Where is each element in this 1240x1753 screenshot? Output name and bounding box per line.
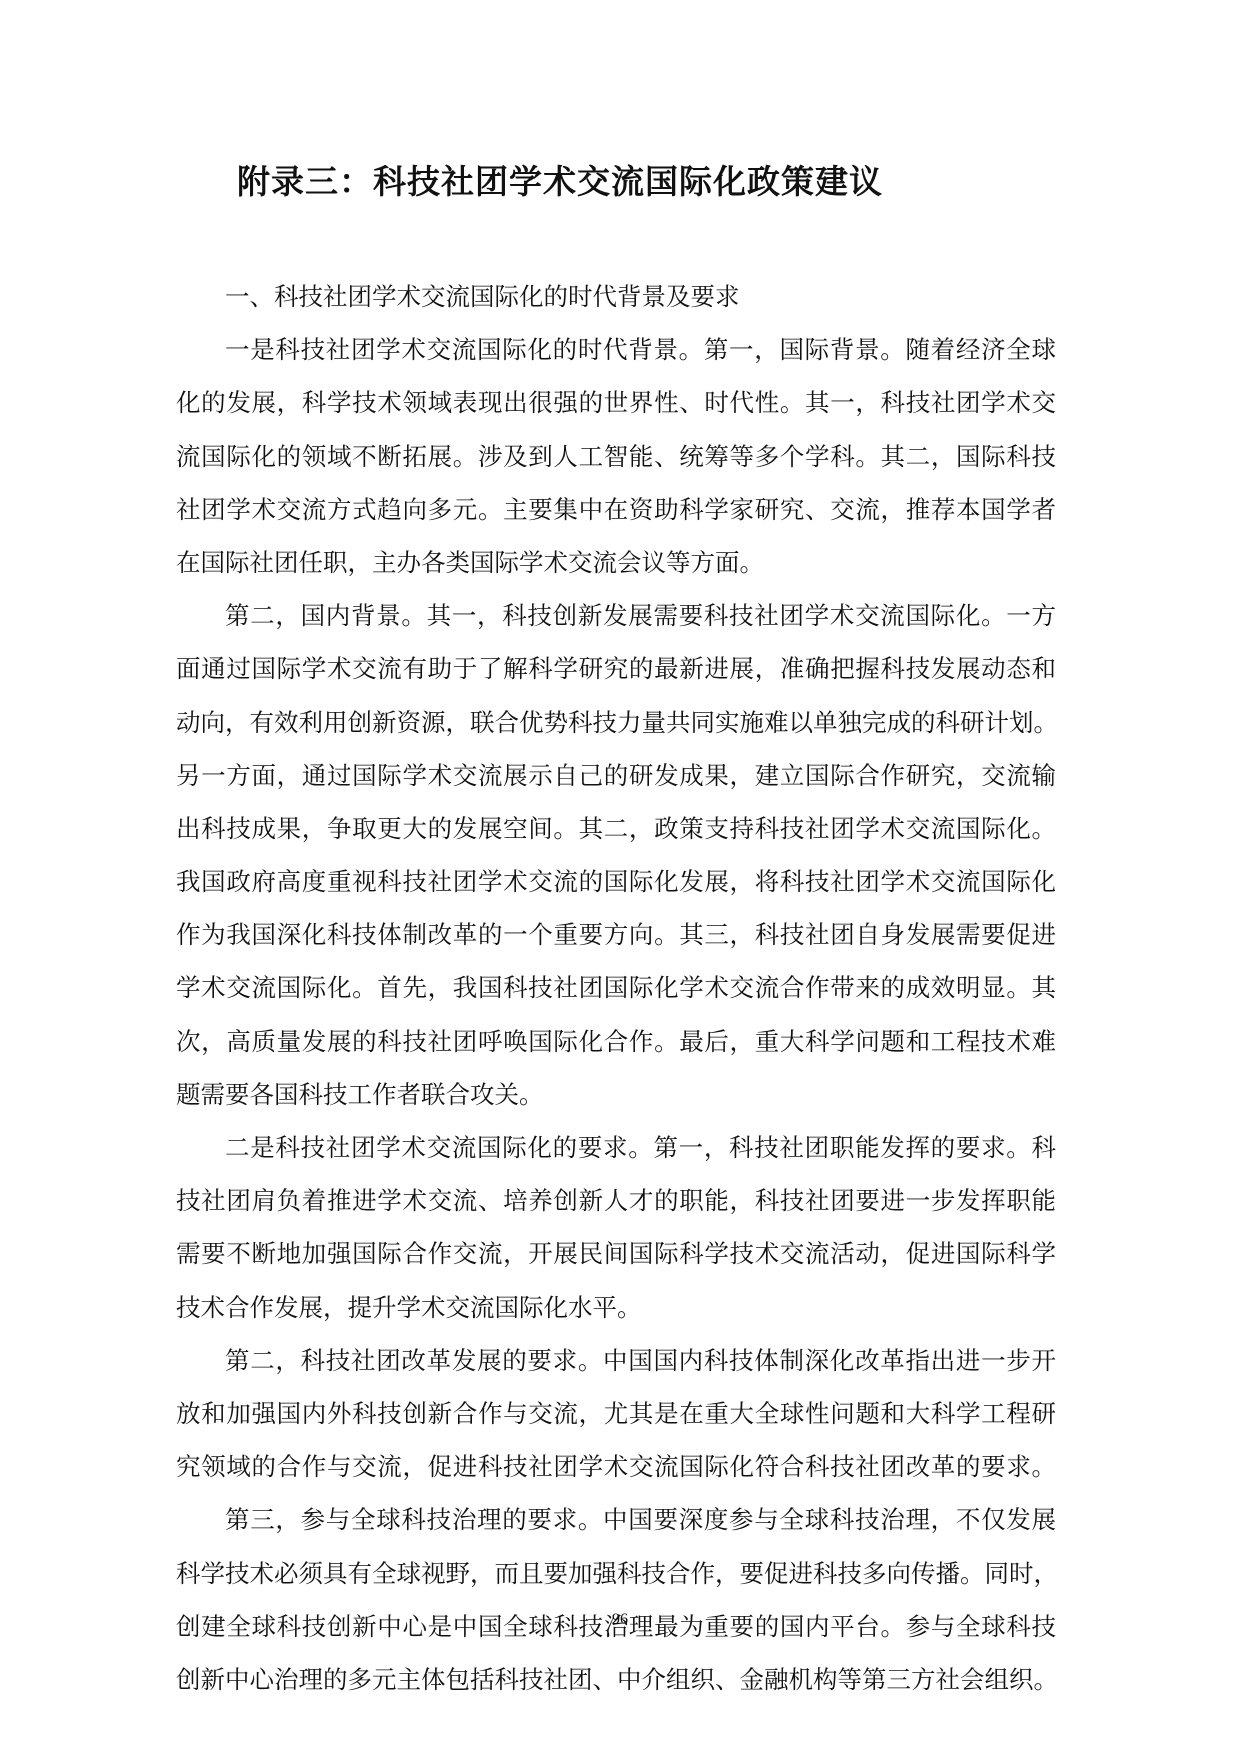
paragraph-first-line: 一、科技社团学术交流国际化的时代背景及要求	[176, 270, 1056, 323]
paragraph-line: 放和加强国内外科技创新合作与交流，尤其是在重大全球性问题和大科学工程研	[176, 1387, 1056, 1440]
body-text: 一、科技社团学术交流国际化的时代背景及要求一是科技社团学术交流国际化的时代背景。…	[176, 270, 1056, 1706]
paragraph-first-line: 第二，科技社团改革发展的要求。中国国内科技体制深化改革指出进一步开	[176, 1334, 1056, 1387]
paragraph-line: 技社团肩负着推进学术交流、培养创新人才的职能，科技社团要进一步发挥职能	[176, 1174, 1056, 1227]
paragraph-line: 科学技术必须具有全球视野，而且要加强科技合作，要促进科技多向传播。同时，	[176, 1547, 1056, 1600]
paragraph-line: 在国际社团任职，主办各类国际学术交流会议等方面。	[176, 536, 1056, 589]
appendix-title: 附录三：科技社团学术交流国际化政策建议	[237, 160, 1057, 204]
paragraph-line: 社团学术交流方式趋向多元。主要集中在资助科学家研究、交流，推荐本国学者	[176, 483, 1056, 536]
paragraph-line: 次，高质量发展的科技社团呼唤国际化合作。最后，重大科学问题和工程技术难	[176, 1015, 1056, 1068]
paragraph-line: 创新中心治理的多元主体包括科技社团、中介组织、金融机构等第三方社会组织。	[176, 1653, 1056, 1706]
paragraph-first-line: 第二，国内背景。其一，科技创新发展需要科技社团学术交流国际化。一方	[176, 589, 1056, 642]
paragraph-line: 面通过国际学术交流有助于了解科学研究的最新进展，准确把握科技发展动态和	[176, 642, 1056, 695]
paragraph-line: 技术合作发展，提升学术交流国际化水平。	[176, 1281, 1056, 1334]
paragraph-first-line: 二是科技社团学术交流国际化的要求。第一，科技社团职能发挥的要求。科	[176, 1121, 1056, 1174]
paragraph-line: 究领域的合作与交流，促进科技社团学术交流国际化符合科技社团改革的要求。	[176, 1440, 1056, 1493]
paragraph-line: 出科技成果，争取更大的发展空间。其二，政策支持科技社团学术交流国际化。	[176, 802, 1056, 855]
paragraph-first-line: 第三，参与全球科技治理的要求。中国要深度参与全球科技治理，不仅发展	[176, 1493, 1056, 1546]
paragraph-line: 化的发展，科学技术领域表现出很强的世界性、时代性。其一，科技社团学术交	[176, 376, 1056, 429]
paragraph-line: 需要不断地加强国际合作交流，开展民间国际科学技术交流活动，促进国际科学	[176, 1227, 1056, 1280]
document-page: 附录三：科技社团学术交流国际化政策建议 一、科技社团学术交流国际化的时代背景及要…	[0, 0, 1240, 1753]
page-number: 96	[0, 1610, 1240, 1630]
paragraph-line: 另一方面，通过国际学术交流展示自己的研发成果，建立国际合作研究，交流输	[176, 749, 1056, 802]
paragraph-line: 流国际化的领域不断拓展。涉及到人工智能、统筹等多个学科。其二，国际科技	[176, 430, 1056, 483]
paragraph-first-line: 一是科技社团学术交流国际化的时代背景。第一，国际背景。随着经济全球	[176, 323, 1056, 376]
paragraph-line: 动向，有效利用创新资源，联合优势科技力量共同实施难以单独完成的科研计划。	[176, 696, 1056, 749]
paragraph-line: 学术交流国际化。首先，我国科技社团国际化学术交流合作带来的成效明显。其	[176, 961, 1056, 1014]
paragraph-line: 作为我国深化科技体制改革的一个重要方向。其三，科技社团自身发展需要促进	[176, 908, 1056, 961]
paragraph-line: 题需要各国科技工作者联合攻关。	[176, 1068, 1056, 1121]
paragraph-line: 我国政府高度重视科技社团学术交流的国际化发展，将科技社团学术交流国际化	[176, 855, 1056, 908]
